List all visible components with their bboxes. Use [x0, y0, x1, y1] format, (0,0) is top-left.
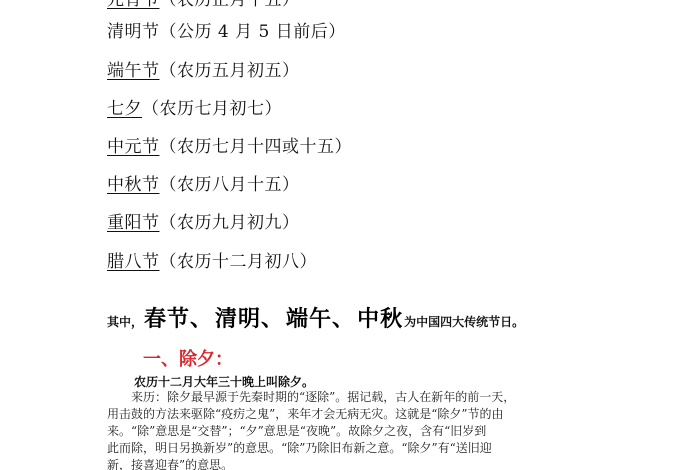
holiday-name: 清明节 — [107, 22, 160, 42]
summary-suffix: 为中国四大传统节日。 — [404, 313, 524, 330]
holiday-name: 七夕 — [107, 99, 142, 119]
holiday-line-laba: 腊八节（农历十二月初八） — [107, 252, 317, 272]
paragraph-line: 此而除，明日另换新岁”的意思。“除”乃除旧布新之意。“除夕”有“送旧迎 — [107, 440, 577, 457]
holiday-name: 腊八节 — [107, 252, 160, 272]
holiday-line-chongyang: 重阳节（农历九月初九） — [107, 213, 300, 233]
paragraph-line: 来。“除”意思是“交替”；“夕”意思是“夜晚”。故除夕之夜，含有“旧岁到 — [107, 423, 577, 440]
section-body-paragraph: 来历：除夕最早源于先秦时期的“逐除”。据记载，古人在新年的前一天， 用击鼓的方法… — [107, 389, 577, 470]
summary-term-spring: 春节、 — [144, 302, 213, 333]
holiday-date: （农历七月初七） — [142, 99, 282, 119]
holiday-date: （农历十二月初八） — [160, 252, 318, 272]
holiday-line-zhongqiu: 中秋节（农历八月十五） — [107, 175, 300, 195]
holiday-name: 重阳节 — [107, 213, 160, 233]
holiday-date: （农历九月初九） — [160, 213, 300, 233]
holiday-date: （农历八月十五） — [160, 175, 300, 195]
holiday-line-lantern: 元宵节（农历正月十五） — [107, 0, 300, 10]
paragraph-line: 新，接喜迎春”的意思。 — [107, 457, 577, 470]
section-subheading: 农历十二月大年三十晚上叫除夕。 — [134, 373, 314, 390]
holiday-name: 元宵节 — [107, 0, 160, 10]
summary-term-midautumn: 中秋 — [357, 302, 403, 333]
paragraph-line: 来历：除夕最早源于先秦时期的“逐除”。据记载，古人在新年的前一天， — [107, 389, 577, 406]
holiday-line-duanwu: 端午节（农历五月初五） — [107, 61, 300, 81]
document-page: 元宵节（农历正月十五） 清明节（公历 4 月 5 日前后） 端午节（农历五月初五… — [0, 0, 700, 470]
holiday-name: 端午节 — [107, 61, 160, 81]
holiday-name: 中秋节 — [107, 175, 160, 195]
holiday-date: （农历五月初五） — [160, 61, 300, 81]
holiday-date: （公历 4 月 5 日前后） — [160, 22, 346, 42]
holiday-name: 中元节 — [107, 137, 160, 157]
summary-term-duanwu: 端午、 — [286, 302, 355, 333]
section-heading-chuxi: 一、除夕： — [143, 345, 233, 371]
holiday-line-qixi: 七夕（农历七月初七） — [107, 99, 282, 119]
holiday-line-zhongyuan: 中元节（农历七月十四或十五） — [107, 137, 352, 157]
four-major-festivals-summary: 其中， 春节、 清明、 端午、 中秋 为中国四大传统节日。 — [107, 302, 524, 333]
paragraph-line: 用击鼓的方法来驱除“疫疠之鬼”，来年才会无病无灾。这就是“除夕”节的由 — [107, 406, 577, 423]
holiday-date: （农历七月十四或十五） — [160, 137, 353, 157]
summary-prefix: 其中， — [107, 313, 143, 330]
summary-term-qingming: 清明、 — [215, 302, 284, 333]
holiday-line-qingming: 清明节（公历 4 月 5 日前后） — [107, 22, 346, 42]
holiday-date: （农历正月十五） — [160, 0, 300, 10]
